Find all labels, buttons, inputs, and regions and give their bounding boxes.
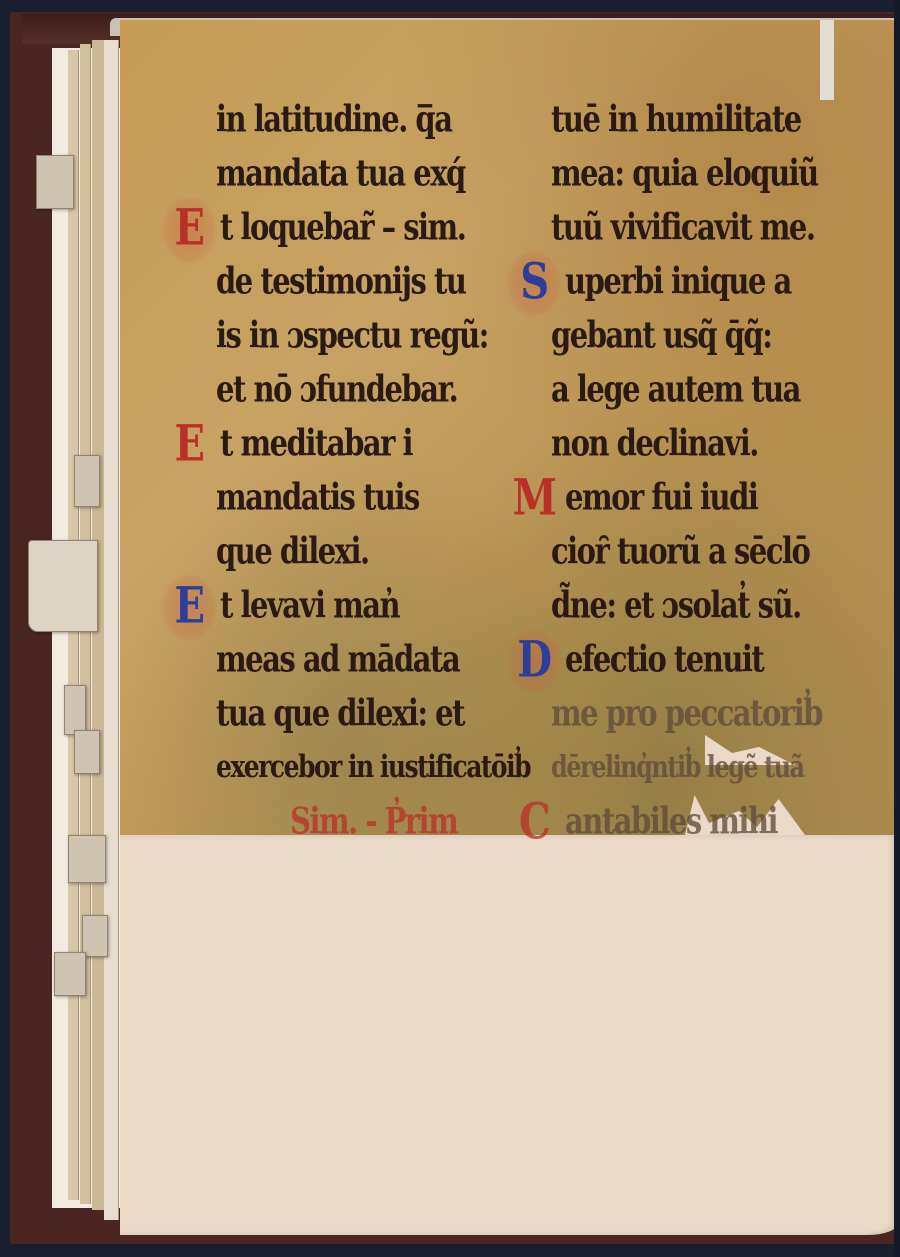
page-tab[interactable] [64,685,86,735]
right-text-column: tuē in humilitate mea: quia eloquiũ tuu… [505,92,835,848]
illuminated-initial: C [505,791,563,856]
left-text-column: in latitudine. q̅a mandata tua exq́ Et l… [160,92,490,848]
page-tab[interactable] [36,155,74,209]
page-tab[interactable] [28,540,98,632]
page-tab[interactable] [54,952,86,996]
right-edge-shadow [894,0,900,1257]
page-tab[interactable] [74,455,100,507]
leaf-edge [104,40,119,1220]
paper-repair [120,835,898,1235]
page-tab[interactable] [74,730,100,774]
page-tab[interactable] [68,835,106,883]
text-line: Cantabiles mihi [505,787,835,855]
page-tab[interactable] [82,915,108,957]
text-line: Sim. ‐ P̓rim [160,787,490,855]
